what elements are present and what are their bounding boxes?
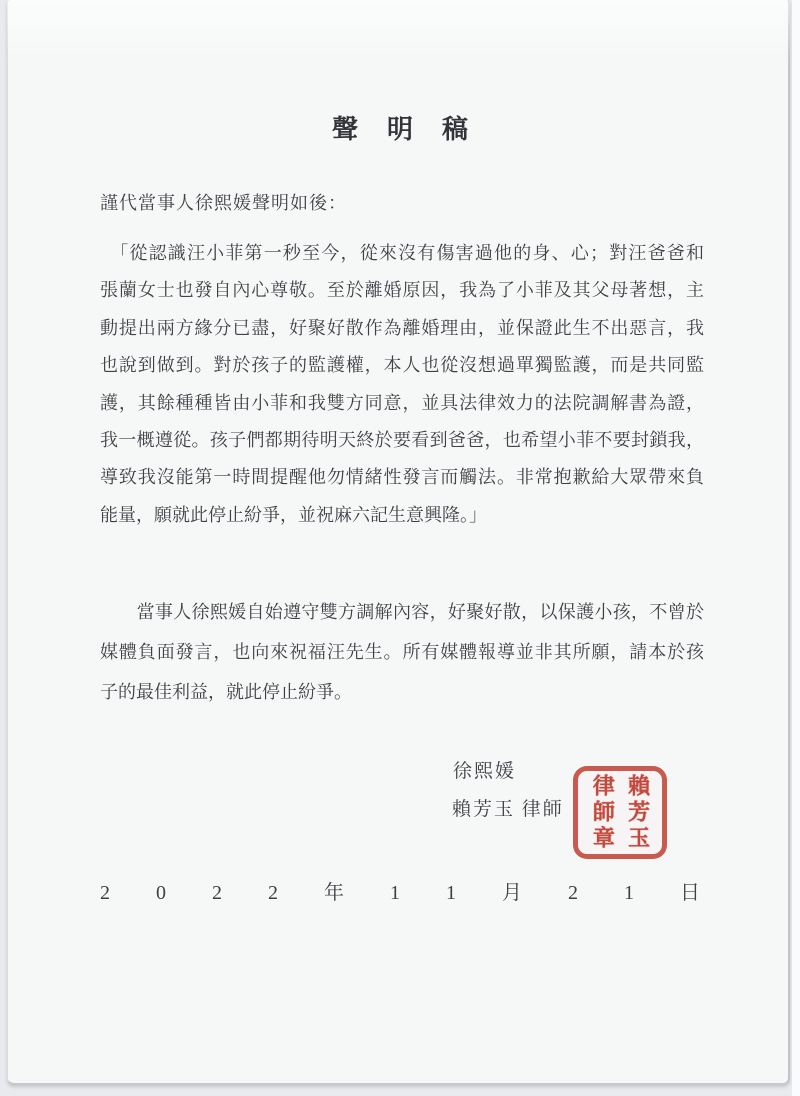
date-char: 0	[156, 879, 166, 907]
statement-line: 動提出兩方緣分已盡，好聚好散作為離婚理由，並保證此生不出惡言，我	[100, 310, 704, 347]
date-char: 2	[268, 879, 278, 907]
statement-line: 也說到做到。對於孩子的監護權，本人也從沒想過單獨監護，而是共同監	[100, 347, 704, 384]
statement-line: 能量，願就此停止紛爭，並祝麻六記生意興隆。」	[100, 497, 704, 534]
date-char: 2	[100, 879, 110, 907]
paper-sheet	[7, 0, 790, 1085]
date-char: 年	[324, 879, 344, 907]
closing-line: 子的最佳利益，就此停止紛爭。	[100, 672, 704, 712]
seal-column-left: 律師章	[591, 774, 613, 852]
date-char: 2	[212, 879, 222, 907]
signature-client-name: 徐熙媛	[453, 759, 516, 785]
signature-lawyer-name: 賴芳玉 律師	[452, 797, 564, 823]
statement-line: 護，其餘種種皆由小菲和我雙方同意，並具法律效力的法院調解書為證，	[100, 385, 704, 422]
closing-line: 媒體負面發言，也向來祝福汪先生。所有媒體報導並非其所願，請本於孩	[100, 632, 704, 672]
date-char: 1	[390, 879, 400, 907]
closing-paragraph: 當事人徐熙媛自始遵守雙方調解內容，好聚好散，以保護小孩，不曾於 媒體負面發言，也…	[100, 592, 704, 712]
date-char: 月	[502, 879, 522, 907]
statement-line: 導致我沒能第一時間提醒他勿情緒性發言而觸法。非常抱歉給大眾帶來負	[100, 459, 704, 496]
statement-line: 我一概遵從。孩子們都期待明天終於要看到爸爸，也希望小菲不要封鎖我，	[100, 422, 704, 459]
statement-line: 「從認識汪小菲第一秒至今，從來沒有傷害過他的身、心；對汪爸爸和	[100, 235, 704, 272]
salutation-line: 謹代當事人徐熙媛聲明如後：	[100, 190, 347, 216]
date-char: 1	[446, 879, 456, 907]
statement-line: 張蘭女士也發自內心尊敬。至於離婚原因，我為了小菲及其父母著想，主	[100, 272, 704, 309]
seal-column-right: 賴芳玉	[627, 774, 649, 852]
date-char: 2	[568, 879, 578, 907]
closing-line: 當事人徐熙媛自始遵守雙方調解內容，好聚好散，以保護小孩，不曾於	[100, 592, 704, 632]
date-line: 2 0 2 2 年 1 1 月 2 1 日	[100, 879, 700, 907]
lawyer-seal-stamp: 賴芳玉 律師章	[573, 766, 667, 859]
date-char: 1	[624, 879, 634, 907]
statement-paragraph: 「從認識汪小菲第一秒至今，從來沒有傷害過他的身、心；對汪爸爸和 張蘭女士也發自內…	[100, 235, 704, 534]
page-title: 聲明稿	[0, 112, 800, 148]
date-char: 日	[680, 879, 700, 907]
scan-edge	[792, 0, 800, 1096]
